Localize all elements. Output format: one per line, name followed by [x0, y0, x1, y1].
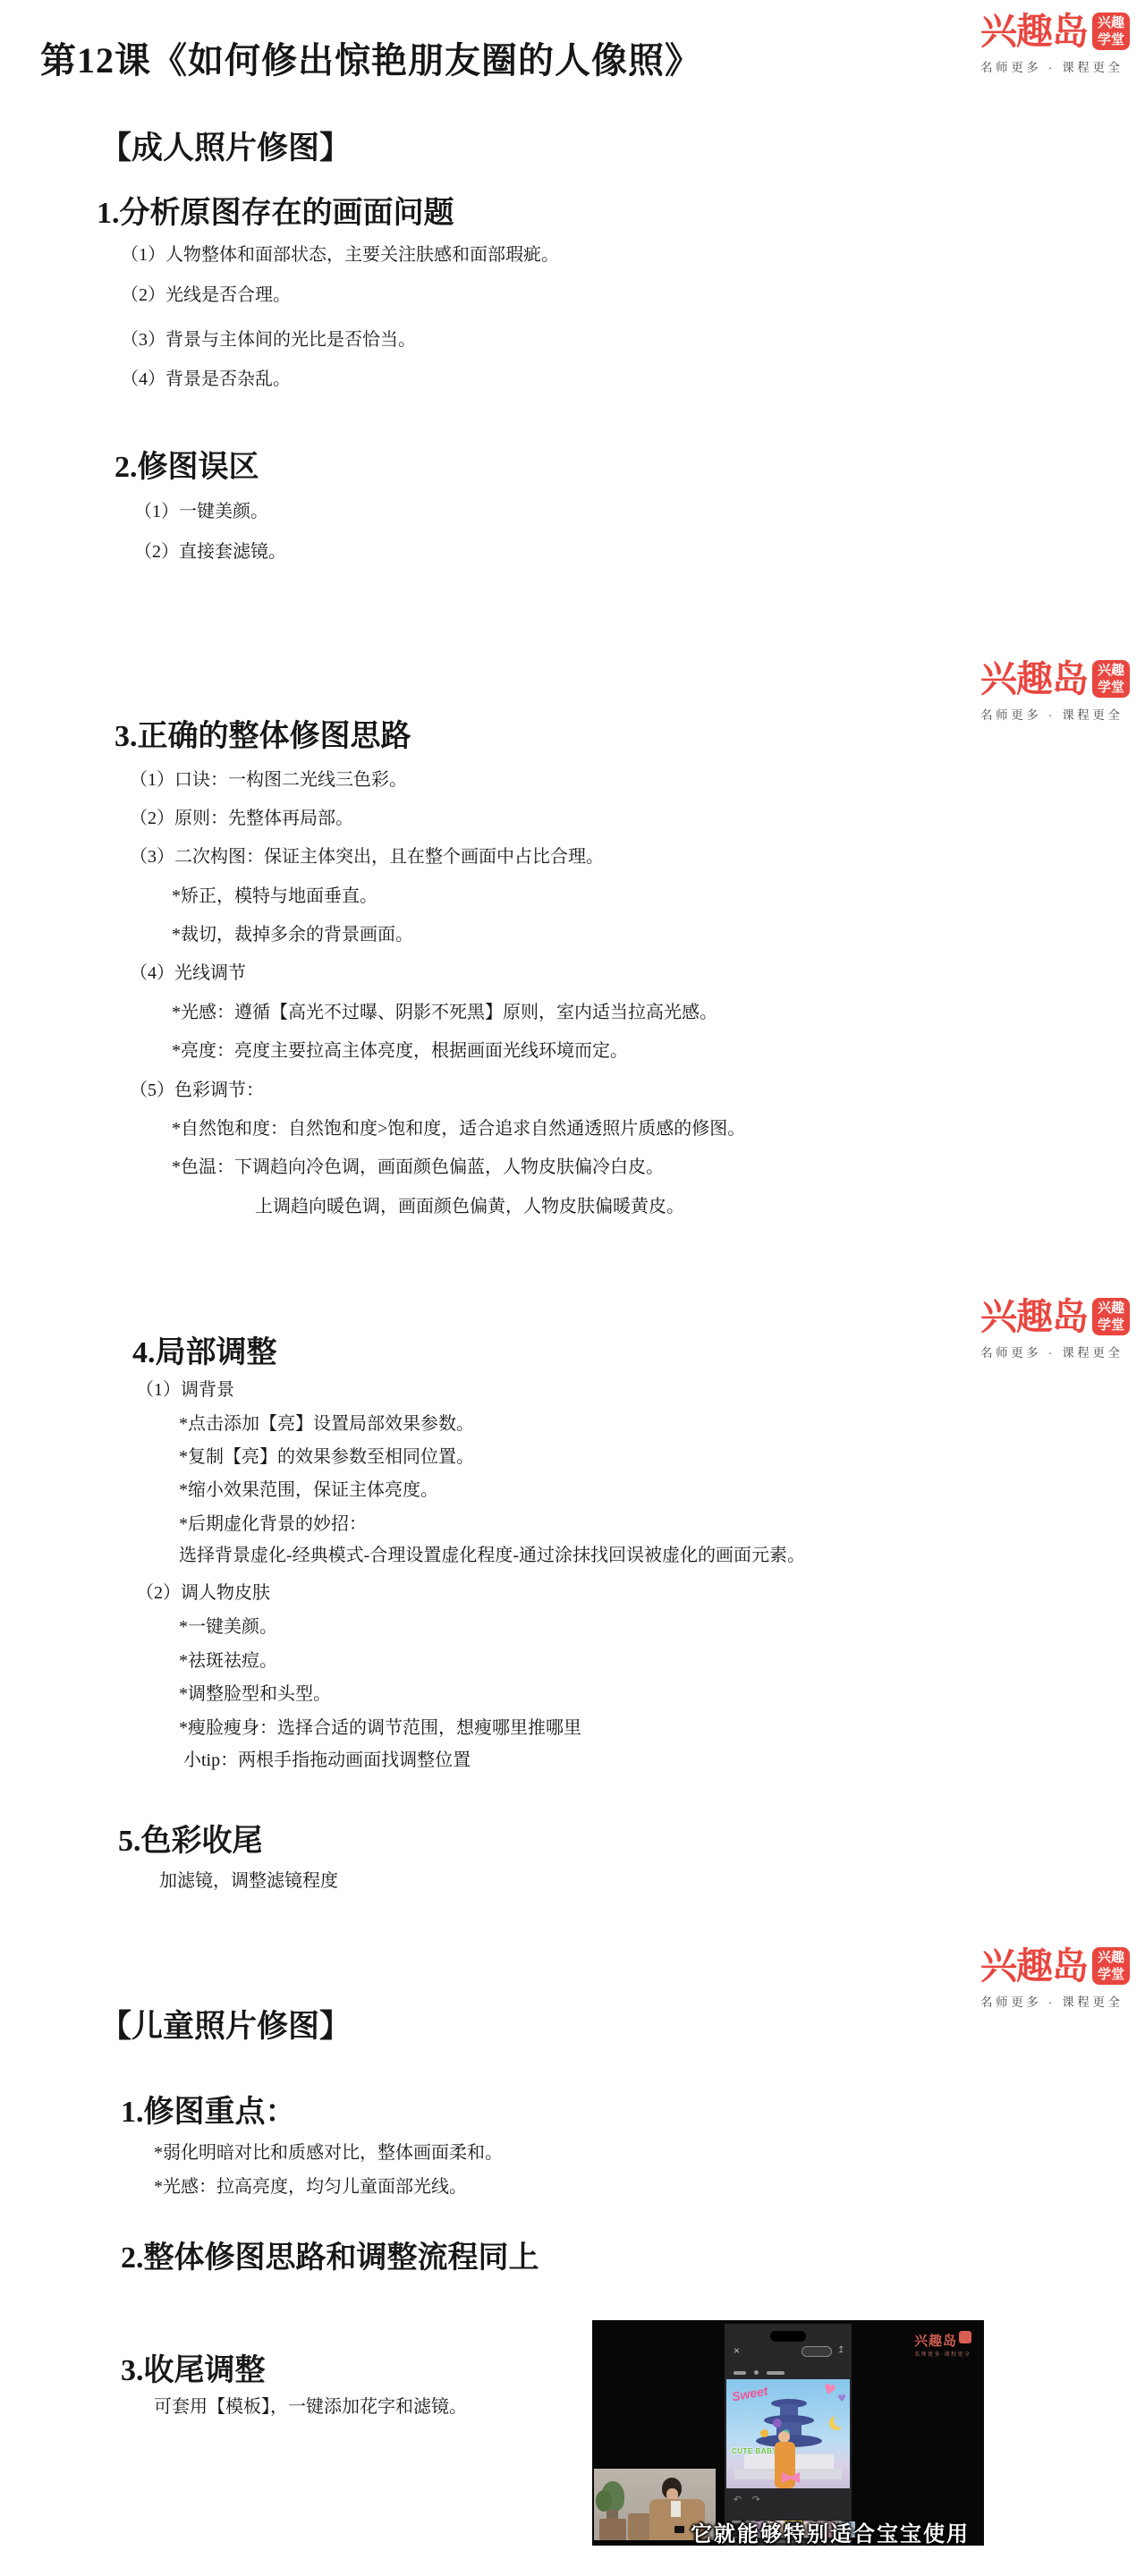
brand-logo-badge: 兴趣 学堂: [1092, 13, 1130, 50]
export-button[interactable]: [801, 2346, 832, 2357]
list-item: *矫正，模特与地面垂直。: [172, 881, 377, 907]
phone-notch: [770, 2331, 806, 2342]
plant-stand: [599, 2519, 626, 2540]
list-item: *裁切，裁掉多余的背景画面。: [172, 919, 413, 945]
video-frame[interactable]: 兴趣岛 名师更多·课程更全 × ↥ Sweet: [592, 2320, 984, 2546]
list-item: （2）直接套滤镜。: [134, 537, 286, 563]
list-item: *瘦脸瘦身：选择合适的调节范围，想瘦哪里推哪里: [179, 1713, 581, 1739]
heart-sticker-icon: ♥: [821, 2382, 837, 2399]
list-item: （1）一键美颜。: [134, 496, 268, 522]
badge-line-2: 学堂: [1098, 31, 1124, 49]
list-item: （1）口诀：一构图二光线三色彩。: [130, 765, 407, 791]
list-item: （2）调人物皮肤: [136, 1578, 270, 1604]
list-item: 加滤镜，调整滤镜程度: [159, 1866, 338, 1892]
video-watermark-badge-icon: [959, 2331, 971, 2343]
list-item: *弱化明暗对比和质感对比，整体画面柔和。: [154, 2138, 503, 2164]
list-item: （2）原则：先整体再局部。: [130, 803, 353, 829]
list-item: （5）色彩调节：: [130, 1075, 264, 1101]
list-item: *色温：下调趋向冷色调，画面颜色偏蓝，人物皮肤偏冷白皮。: [172, 1152, 664, 1178]
list-item: （1）人物整体和面部状态，主要关注肤感和面部瑕疵。: [121, 240, 559, 266]
phone-screen: × ↥ Sweet ♥ ♥: [725, 2324, 852, 2546]
brand-logo: 兴趣岛 兴趣 学堂 名师更多 · 课程更全: [980, 11, 1138, 75]
list-item: （3）二次构图：保证主体突出，且在整个画面中占比合理。: [130, 842, 604, 868]
brand-logo: 兴趣岛 兴趣 学堂 名师更多 · 课程更全: [980, 658, 1138, 723]
badge-line-2: 学堂: [1098, 1966, 1124, 1984]
brand-logo-tagline: 名师更多 · 课程更全: [980, 705, 1138, 723]
brand-logo-text: 兴趣岛: [980, 1945, 1088, 1987]
heart-sticker-icon: ♥: [837, 2394, 846, 2403]
badge-line-1: 兴趣: [1098, 14, 1124, 32]
phone-menu-row: [734, 2363, 785, 2379]
badge-line-1: 兴趣: [1098, 1300, 1124, 1318]
list-item: 可套用【模板】，一键添加花字和滤镜。: [154, 2392, 467, 2418]
heading-child-same-workflow: 2.整体修图思路和调整流程同上: [121, 2233, 539, 2276]
plant-leaves: [596, 2490, 612, 2512]
badge-line-1: 兴趣: [1098, 662, 1124, 680]
close-icon[interactable]: ×: [734, 2345, 740, 2356]
list-item: *光感：拉高亮度，均匀儿童面部光线。: [154, 2172, 467, 2198]
brand-logo: 兴趣岛 兴趣 学堂 名师更多 · 课程更全: [980, 1945, 1138, 2010]
badge-line-1: 兴趣: [1098, 1949, 1124, 1967]
heading-local-adjustments: 4.局部调整: [132, 1327, 277, 1371]
heading-analyze-problems: 1.分析原图存在的画面问题: [97, 188, 454, 232]
list-item: *一键美颜。: [179, 1612, 277, 1638]
list-item: *调整脸型和头型。: [179, 1679, 331, 1705]
list-item: *自然饱和度：自然饱和度>饱和度，适合追求自然通透照片质感的修图。: [172, 1114, 745, 1140]
list-item: *复制【亮】的效果参数至相同位置。: [179, 1442, 474, 1468]
list-item: 小tip：两根手指拖动画面找调整位置: [183, 1745, 471, 1771]
instructor-phone: [674, 2526, 684, 2533]
list-item: *祛斑祛痘。: [179, 1646, 277, 1672]
list-item: *缩小效果范围，保证主体亮度。: [179, 1475, 438, 1501]
brand-logo-row: 兴趣岛 兴趣 学堂: [980, 1945, 1138, 1988]
badge-line-2: 学堂: [1098, 679, 1124, 697]
menu-text-mark: [767, 2371, 785, 2375]
list-item: *点击添加【亮】设置局部效果参数。: [179, 1409, 474, 1435]
brand-logo-row: 兴趣岛 兴趣 学堂: [980, 11, 1138, 54]
badge-line-2: 学堂: [1098, 1317, 1124, 1335]
heading-retouch-mistakes: 2.修图误区: [114, 442, 259, 486]
brand-logo-row: 兴趣岛 兴趣 学堂: [980, 1296, 1138, 1339]
list-item: （3）背景与主体间的光比是否恰当。: [121, 325, 416, 351]
smiley-sticker-icon: [760, 2429, 768, 2437]
list-item: 选择背景虚化-经典模式-合理设置虚化程度-通过涂抹找回误被虚化的画面元素。: [179, 1540, 805, 1566]
brand-logo-text: 兴趣岛: [980, 1296, 1088, 1337]
brand-logo-text: 兴趣岛: [980, 11, 1088, 52]
menu-text-mark: [734, 2371, 746, 2375]
video-watermark-brand: 兴趣岛: [914, 2334, 957, 2349]
brand-logo-badge: 兴趣 学堂: [1092, 660, 1130, 698]
brand-logo-tagline: 名师更多 · 课程更全: [980, 1343, 1138, 1360]
brand-logo-tagline: 名师更多 · 课程更全: [980, 1992, 1138, 2010]
section-header-child: 【儿童照片修图】: [100, 2002, 351, 2046]
brand-logo-badge: 兴趣 学堂: [1092, 1298, 1130, 1335]
list-item: 上调趋向暖色调，画面颜色偏黄，人物皮肤偏暖黄皮。: [255, 1191, 684, 1217]
list-item: （4）光线调节: [130, 958, 246, 984]
video-subtitle: 它就能够特别适合宝宝使用: [691, 2516, 970, 2547]
list-item: *后期虚化背景的妙招：: [179, 1509, 367, 1535]
brand-logo-tagline: 名师更多 · 课程更全: [980, 57, 1138, 75]
edited-photo: Sweet ♥ ♥ CUTE BABY: [726, 2379, 850, 2488]
brand-logo-badge: 兴趣 学堂: [1092, 1947, 1130, 1985]
brand-logo-text: 兴趣岛: [980, 658, 1088, 699]
share-icon[interactable]: ↥: [837, 2345, 844, 2356]
instructor-shirt: [671, 2501, 681, 2517]
brand-logo: 兴趣岛 兴趣 学堂 名师更多 · 课程更全: [980, 1296, 1138, 1360]
cute-baby-sticker-text: CUTE BABY: [732, 2447, 777, 2455]
undo-redo-icons[interactable]: ↶ ↷: [734, 2494, 764, 2505]
list-item: （4）背景是否杂乱。: [121, 364, 291, 390]
page-title: 第12课《如何修出惊艳朋友圈的人像照》: [40, 32, 701, 83]
video-watermark-tagline: 名师更多·课程更全: [914, 2350, 971, 2358]
list-item: *亮度：亮度主要拉高主体亮度，根据画面光线环境而定。: [172, 1036, 628, 1062]
sweet-sticker-text: Sweet: [731, 2384, 769, 2404]
heading-color-finish: 5.色彩收尾: [118, 1816, 263, 1860]
plant-pot: [606, 2510, 618, 2519]
document-page: 第12课《如何修出惊艳朋友圈的人像照》 兴趣岛 兴趣 学堂 名师更多 · 课程更…: [0, 0, 1145, 2576]
list-item: （1）调背景: [136, 1375, 234, 1401]
list-item: *光感：遵循【高光不过曝、阴影不死黑】原则，室内适当拉高光感。: [172, 997, 717, 1023]
list-item: （2）光线是否合理。: [121, 280, 291, 306]
brand-logo-row: 兴趣岛 兴趣 学堂: [980, 658, 1138, 701]
menu-dot-icon: [754, 2370, 759, 2375]
section-header-adult: 【成人照片修图】: [100, 123, 351, 168]
heading-child-keypoints: 1.修图重点：: [121, 2087, 296, 2131]
heading-overall-workflow: 3.正确的整体修图思路: [114, 711, 411, 755]
moon-sticker-icon: [834, 2413, 848, 2428]
smiley-sticker-icon: [773, 2419, 782, 2428]
heading-child-final: 3.收尾调整: [121, 2345, 266, 2389]
video-watermark: 兴趣岛 名师更多·课程更全: [914, 2331, 971, 2358]
